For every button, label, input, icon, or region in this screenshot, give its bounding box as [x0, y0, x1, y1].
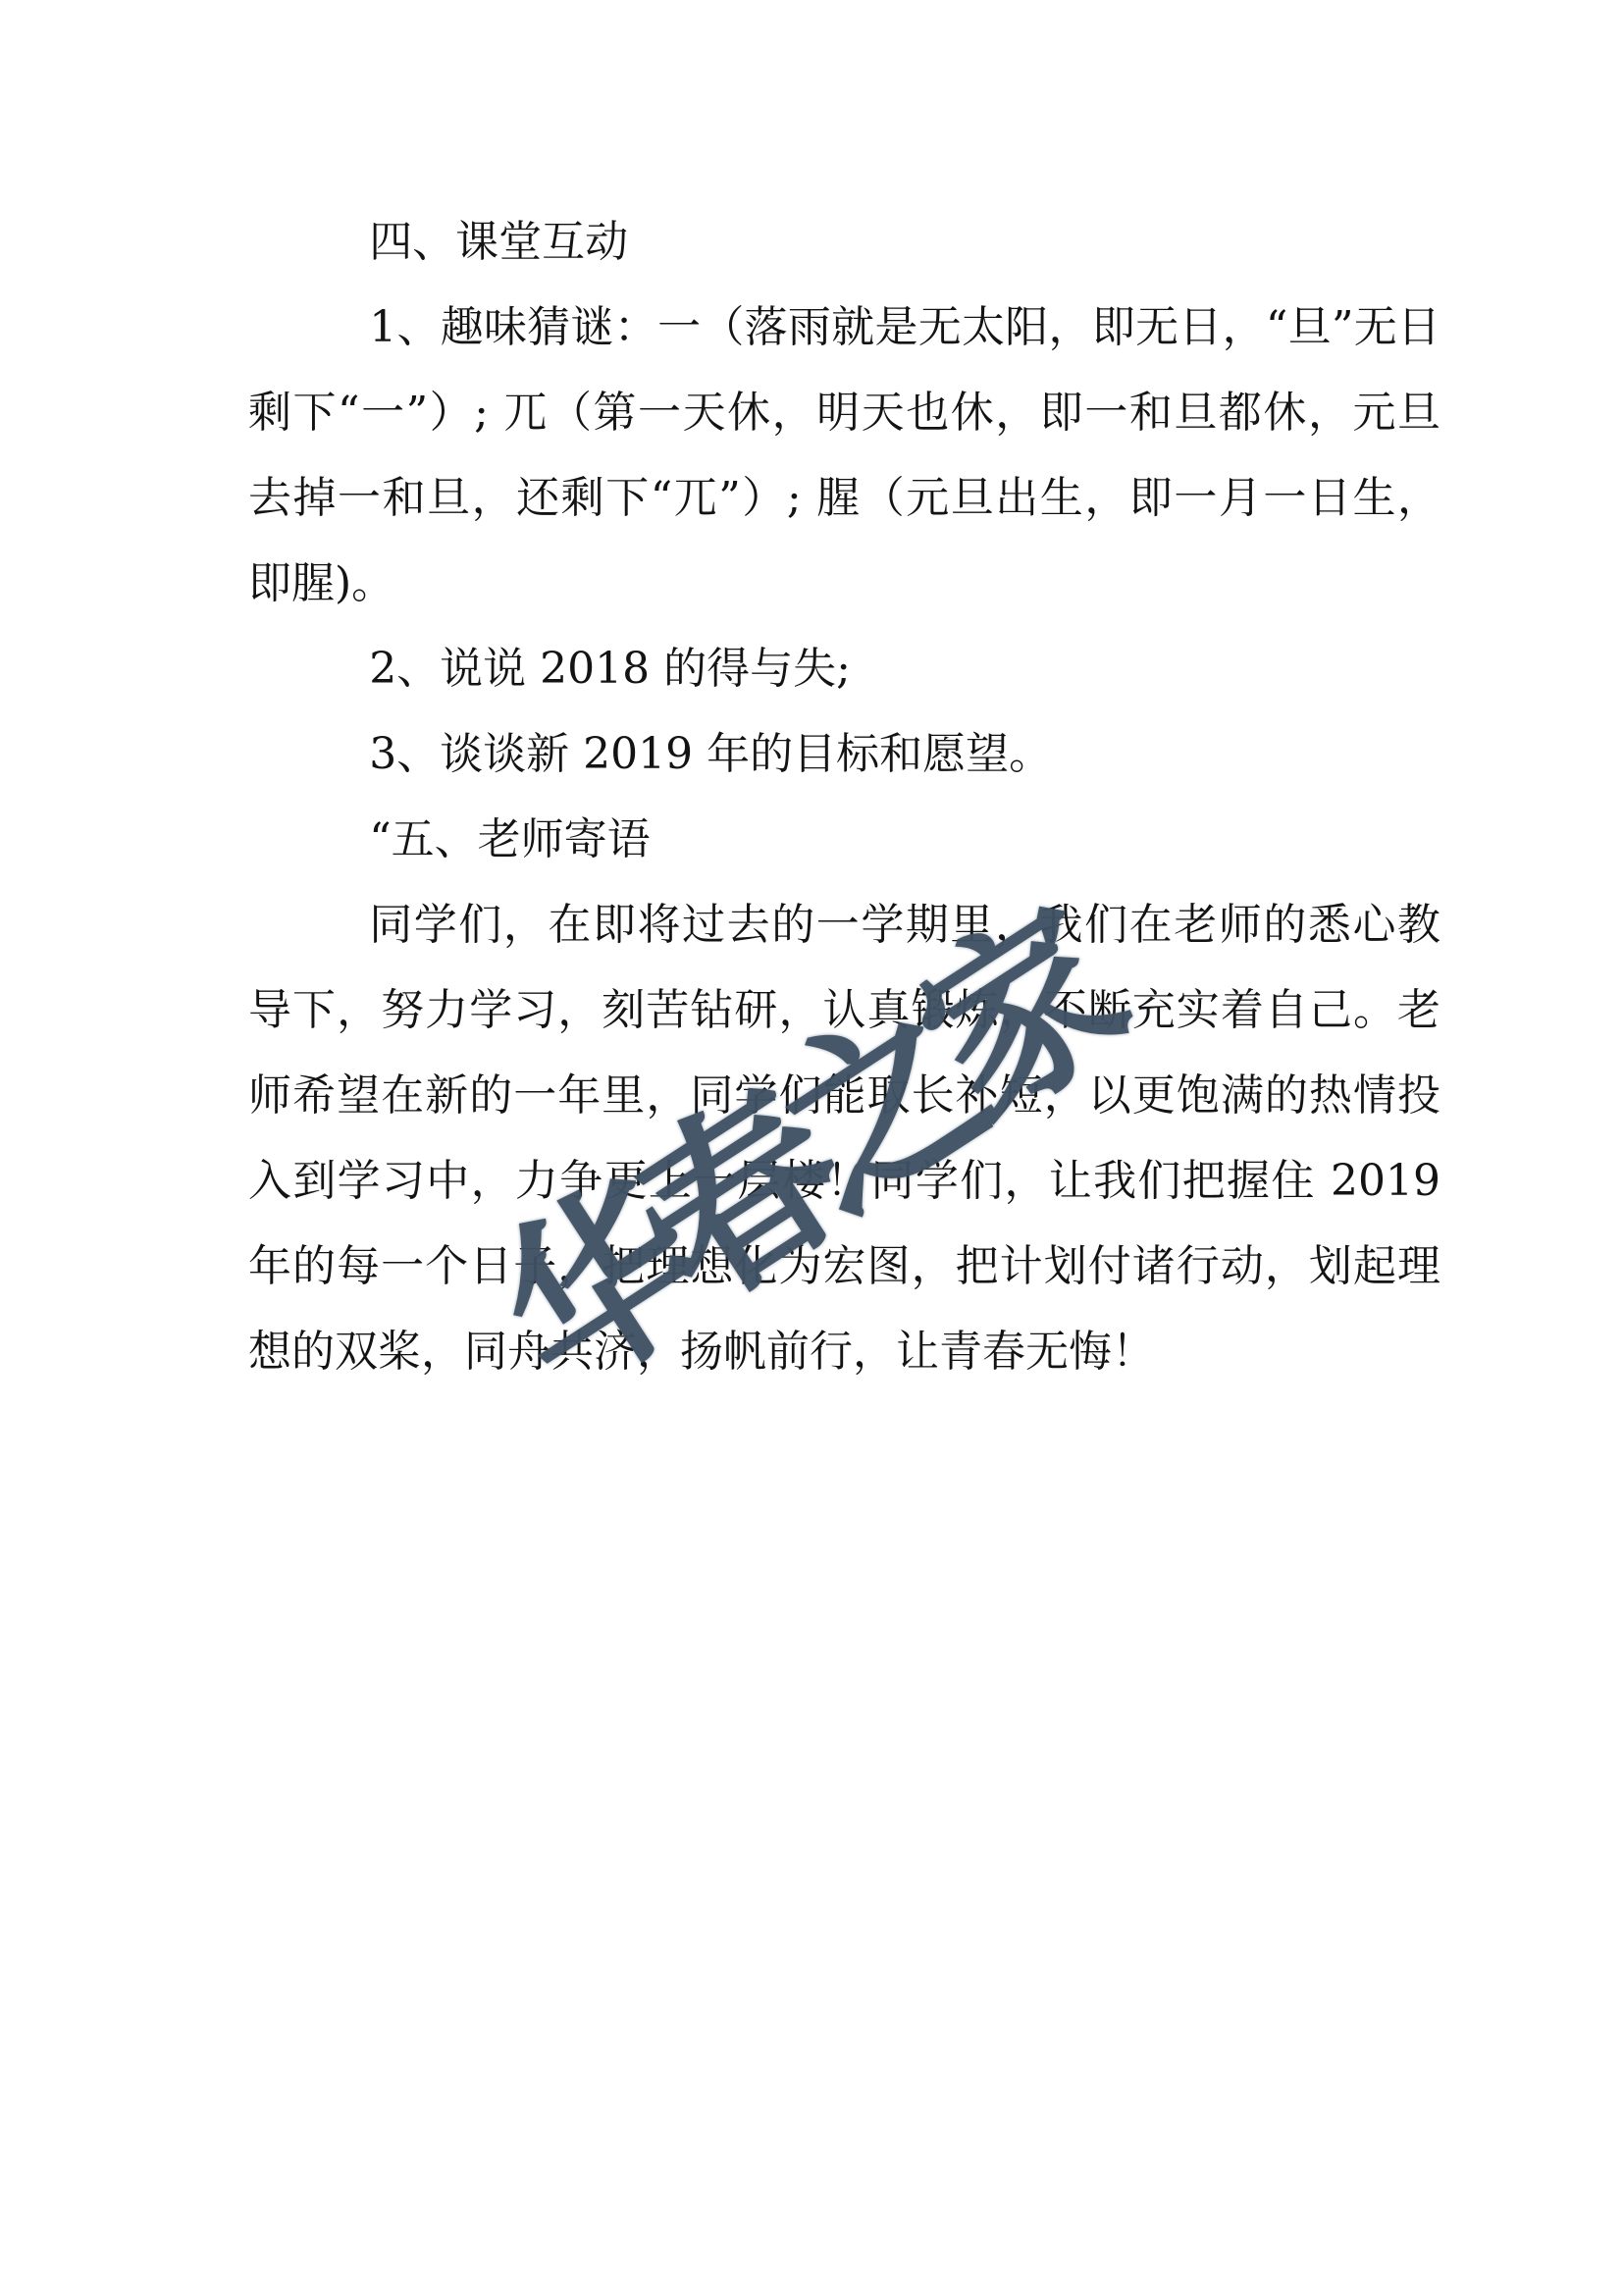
paragraph: “五、老师寄语 — [248, 797, 1440, 882]
paragraph: 同学们，在即将过去的一学期里，我们在老师的悉心教导下，努力学习，刻苦钻研，认真锻… — [248, 882, 1440, 1394]
paragraph: 四、课堂互动 — [248, 199, 1440, 285]
paragraph: 1、趣味猜谜：一（落雨就是无太阳，即无日，“旦”无日剩下“一”）; 兀（第一天休… — [248, 285, 1440, 626]
paragraph: 2、说说 2018 的得与失; — [248, 626, 1440, 711]
document-body: 四、课堂互动1、趣味猜谜：一（落雨就是无太阳，即无日，“旦”无日剩下“一”）; … — [248, 199, 1440, 1394]
paragraph: 3、谈谈新 2019 年的目标和愿望。 — [248, 711, 1440, 797]
document-page: 四、课堂互动1、趣味猜谜：一（落雨就是无太阳，即无日，“旦”无日剩下“一”）; … — [0, 0, 1623, 2296]
